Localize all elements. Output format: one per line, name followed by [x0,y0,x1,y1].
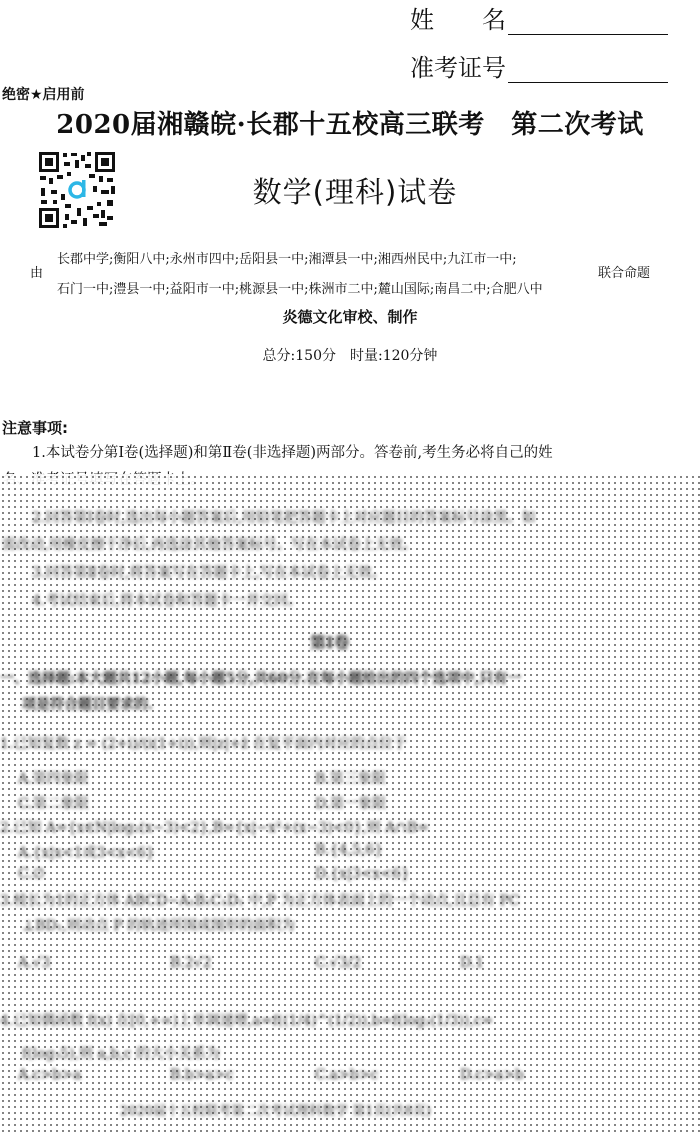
question-2-option-c: C.∅ [18,866,45,882]
note-item-2-line-1: 2.回答第Ⅰ卷时,选出每小题答案后,用铅笔把答题卡上对应题目的答案标号涂黑。如 [32,507,536,527]
note-item-3: 3.回答第Ⅱ卷时,将答案写在答题卡上,写在本试卷上无效。 [32,562,386,582]
question-4-option-a: A.c>b>a [18,1067,81,1083]
question-2-option-b: B.{4,5,6} [315,842,383,858]
authors-suffix: 联合命题 [598,262,650,281]
question-3-stem-line-1: 3.棱长为1的正方体 ABCD−A₁B₁C₁D₁ 中,P 为正方体表面上的一个动… [0,890,520,910]
question-4-option-d: D.c>a>b [460,1067,524,1083]
question-2-option-d: D.{x|3<x<6} [315,866,410,882]
name-blank-line [508,8,668,35]
note-item-4: 4.考试结束后,将本试卷和答题卡一并交回。 [32,590,302,610]
exam-title: 2020届湘赣皖·长郡十五校高三联考 第二次考试 [0,104,700,141]
question-3-stem-line-2: ⊥BD₁,则动点 P 的轨迹所围成图形的面积为 [22,915,295,935]
schools-line-1: 长郡中学;衡阳八中;永州市四中;岳阳县一中;湘潭县一中;湘西州民中;九江市一中; [57,245,587,275]
schools-list: 长郡中学;衡阳八中;永州市四中;岳阳县一中;湘潭县一中;湘西州民中;九江市一中;… [57,245,587,305]
question-3-option-c: C.√3/2 [315,955,361,971]
question-3-option-a: A.√3 [18,955,50,971]
section-title: 第Ⅰ卷 [310,630,350,653]
score-time-info: 总分:150分 时量:120分钟 [0,345,700,365]
name-label: 姓 名 [410,0,506,35]
note-item-1-line-1: 1.本试卷分第Ⅰ卷(选择题)和第Ⅱ卷(非选择题)两部分。答卷前,考生务必将自己的… [2,440,694,466]
question-4-stem-line-1: 4.已知偶函数 f(x) 在[0,+∞)上单调递增,a=f((1/4)^(1/2… [0,1010,493,1030]
exam-id-label: 准考证号 [410,48,506,83]
producer-line: 炎德文化审校、制作 [0,306,700,327]
question-3-option-d: D.1 [460,955,484,971]
question-3-option-b: B.2√2 [170,955,211,971]
authors-prefix: 由 [30,262,43,281]
notes-title: 注意事项: [2,417,68,438]
question-2-option-a: A.{x|x<1或3<x<6} [18,842,155,862]
exam-id-blank-line [508,56,668,83]
question-1-option-a: A.第四象限 [18,768,89,788]
question-4-stem-line-2: f(log₃5),则 a,b,c 的大小关系为 [22,1043,220,1063]
question-1-option-c: C.第二象限 [18,793,89,813]
exam-id-field: 准考证号 [410,48,668,83]
question-1-option-d: D.第一象限 [315,793,386,813]
note-item-2-line-2: 需改动,用橡皮擦干净后,再选涂其他答案标号。写在本试卷上无效。 [2,534,417,554]
name-field: 姓 名 [410,0,668,35]
exam-subtitle: 数学(理科)试卷 [0,170,700,211]
question-4-option-c: C.a>b>c [315,1067,378,1083]
question-4-option-b: B.b>a>c [170,1067,233,1083]
page-footer: 2020届十五校联考第二次考试理科数学 第1页(共8页) [120,1100,431,1119]
section-instructions-line-1: 一、选择题:本大题共12小题,每小题5分,共60分.在每小题给出的四个选项中,只… [0,668,521,688]
question-2-stem: 2.已知 A={x∈N|log₂(x−3)<2},B={x|−x²+(x−3)<… [0,817,429,837]
question-1-stem: 1.已知复数 z = (2+i)/(i(1+i)),则|z|+z̄ 在复平面内对… [0,733,407,753]
section-instructions-line-2: 项是符合题目要求的. [22,694,153,714]
confidential-mark: 绝密★启用前 [2,84,85,104]
schools-line-2: 石门一中;澧县一中;益阳市一中;桃源县一中;株洲市二中;麓山国际;南昌二中;合肥… [57,275,587,305]
question-1-option-b: B.第三象限 [315,768,386,788]
